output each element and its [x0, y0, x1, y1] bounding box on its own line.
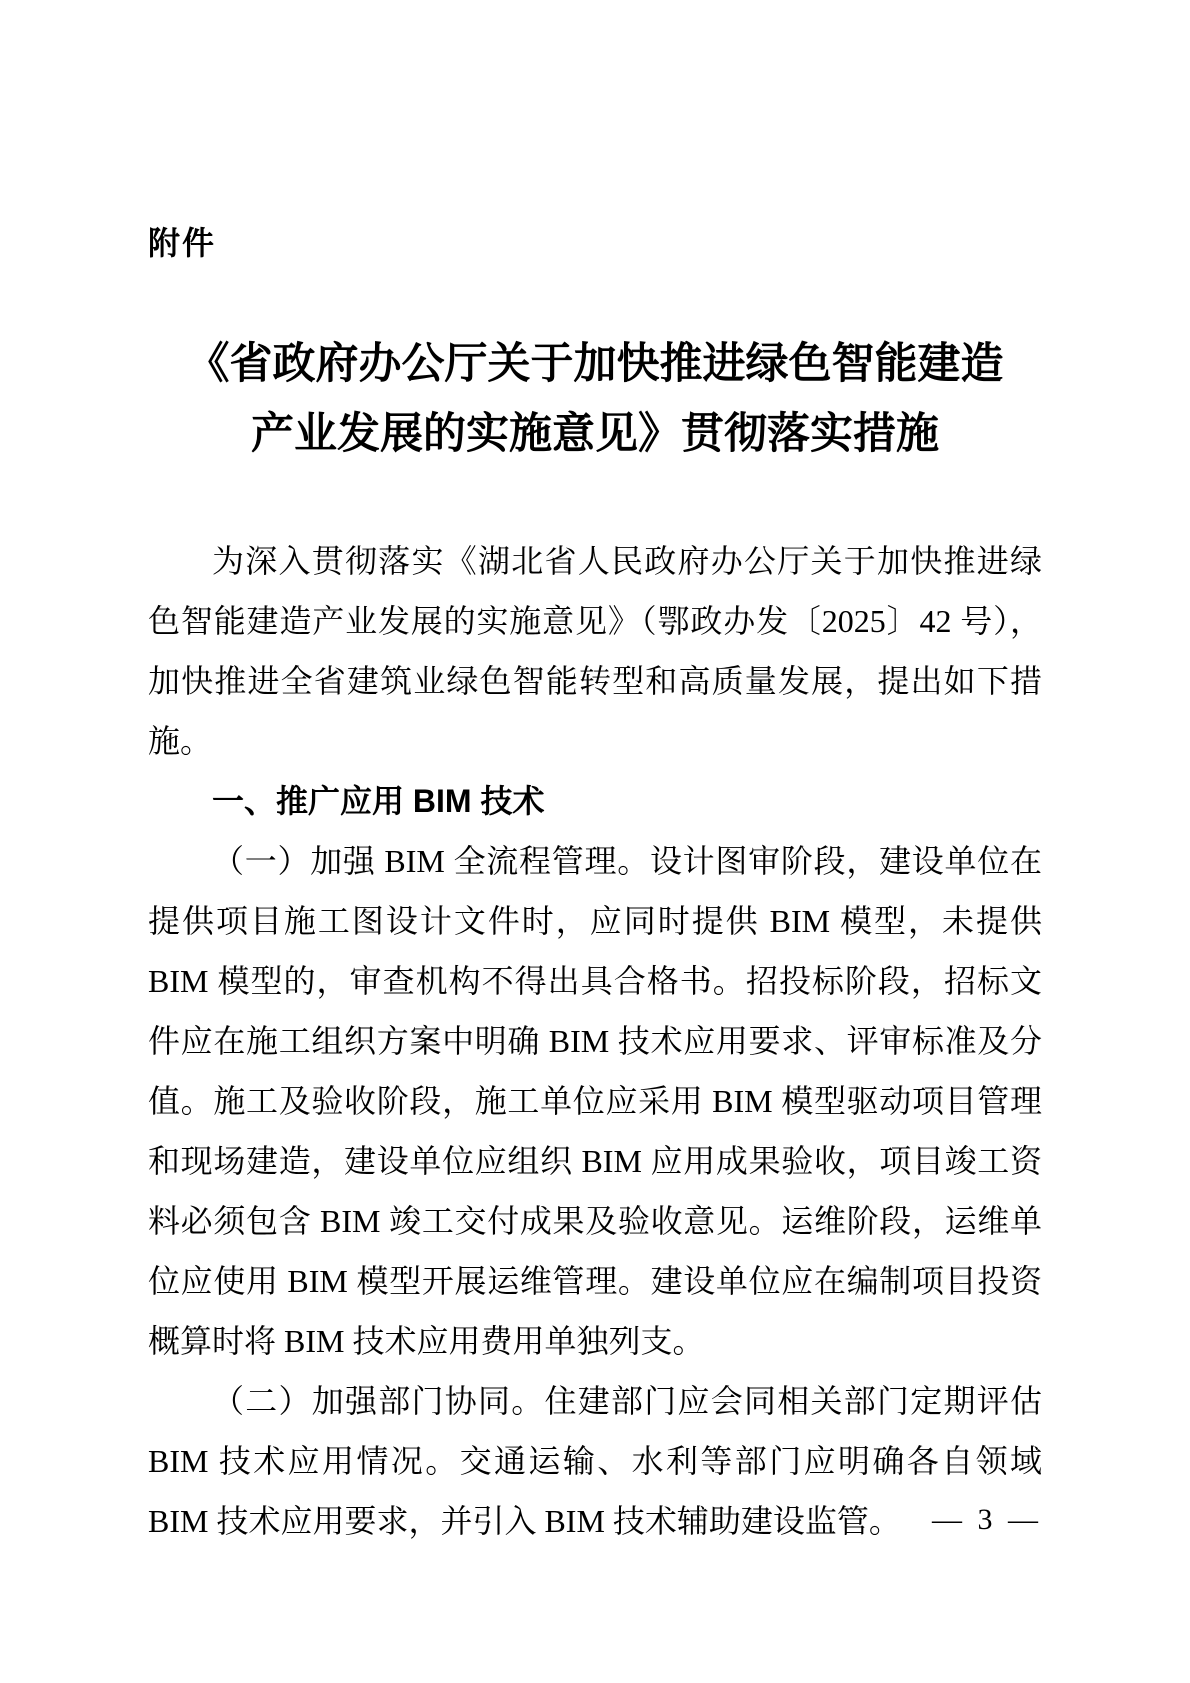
attachment-label: 附件 — [148, 218, 216, 264]
item-1-paragraph: （一）加强 BIM 全流程管理。设计图审阶段，建设单位在提供项目施工图设计文件时… — [148, 831, 1042, 1371]
section-heading-1: 一、推广应用 BIM 技术 — [148, 771, 1042, 831]
document-title-line-2: 产业发展的实施意见》贯彻落实措施 — [0, 400, 1190, 470]
document-page: 附件 《省政府办公厅关于加快推进绿色智能建造 产业发展的实施意见》贯彻落实措施 … — [0, 0, 1190, 1683]
document-title: 《省政府办公厅关于加快推进绿色智能建造 产业发展的实施意见》贯彻落实措施 — [0, 330, 1190, 470]
item-2-paragraph: （二）加强部门协同。住建部门应会同相关部门定期评估 BIM 技术应用情况。交通运… — [148, 1371, 1042, 1551]
page-number: — 3 — — [932, 1502, 1042, 1538]
document-body: 为深入贯彻落实《湖北省人民政府办公厅关于加快推进绿色智能建造产业发展的实施意见》… — [148, 531, 1042, 1551]
document-title-line-1: 《省政府办公厅关于加快推进绿色智能建造 — [0, 330, 1190, 400]
intro-paragraph: 为深入贯彻落实《湖北省人民政府办公厅关于加快推进绿色智能建造产业发展的实施意见》… — [148, 531, 1042, 771]
